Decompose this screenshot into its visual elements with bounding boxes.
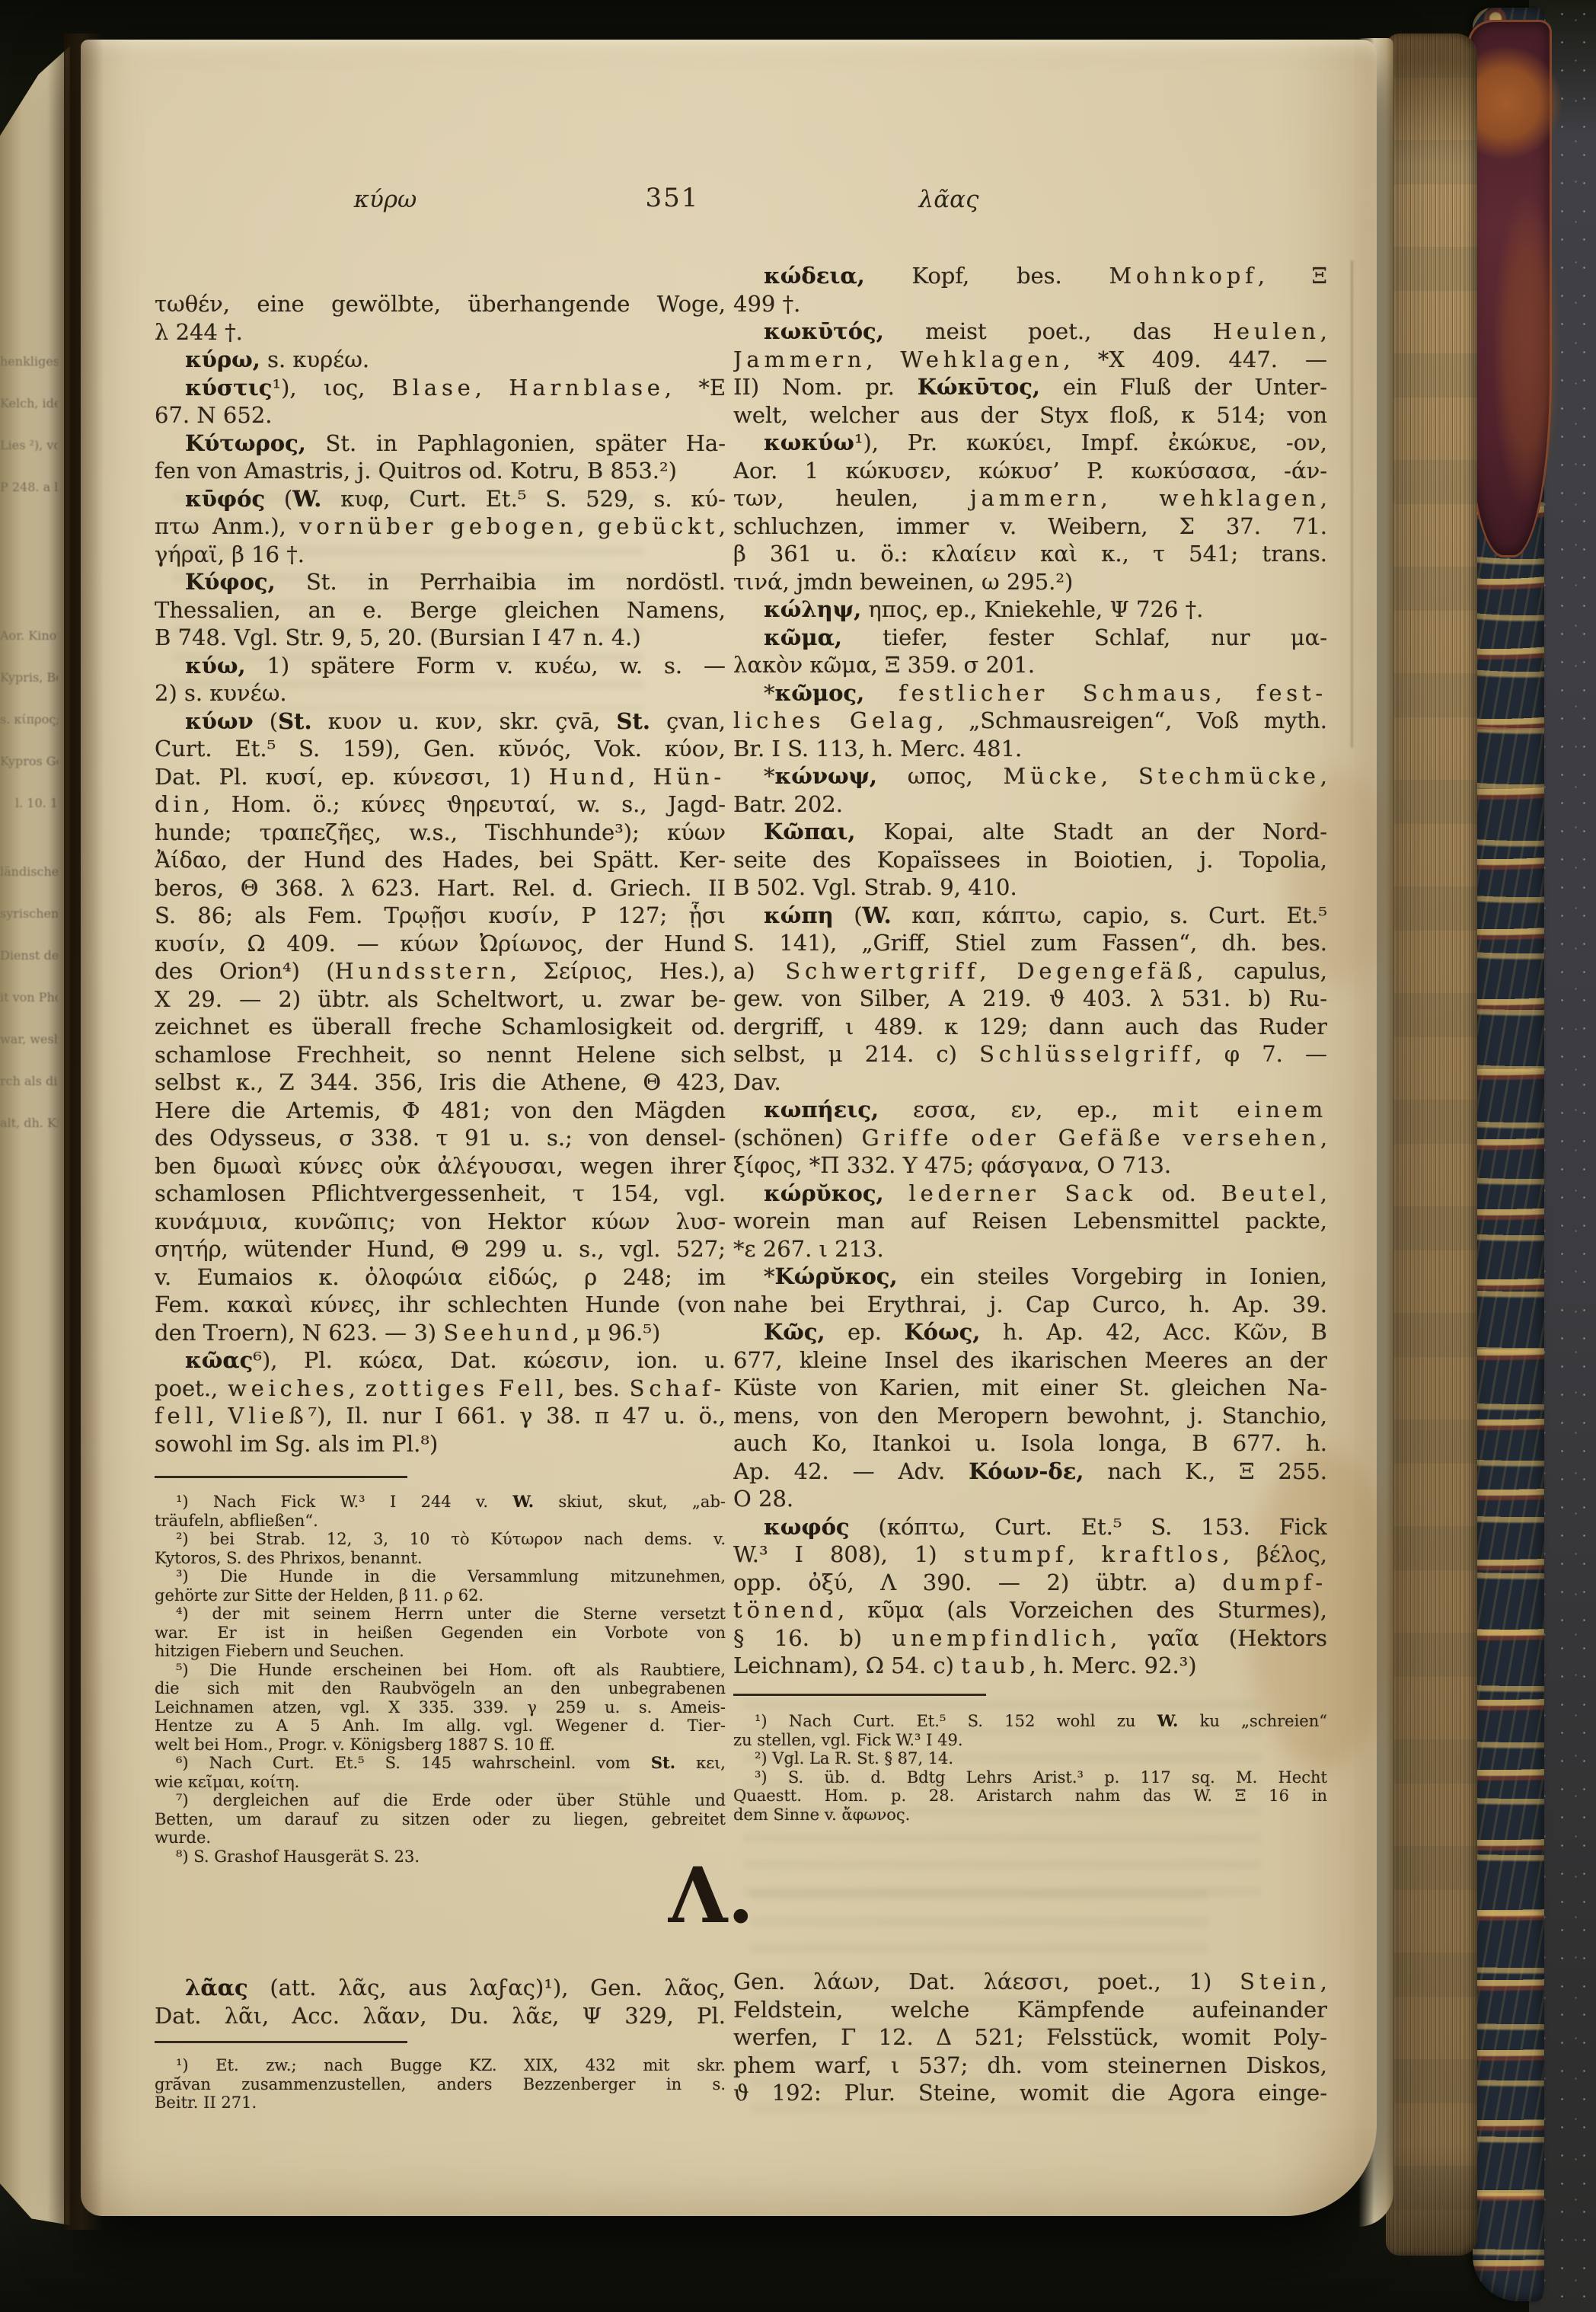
text-line: din, Hom. ö.; κύνες ϑηρευταί, w. s., Jag…	[155, 790, 726, 819]
worn-leather-patch	[1492, 190, 1561, 510]
text-line: des Odysseus, σ 338. τ 91 u. s.; von den…	[155, 1124, 726, 1152]
text-line: ben δμωαὶ κύνες οὐκ ἀλέγουσαι, wegen ihr…	[155, 1152, 726, 1180]
text-line: κυνάμυια, κυνῶπις; von Hektor κύων λυσ-	[155, 1208, 726, 1236]
text-line: Gen. λάων, Dat. λάεσσι, poet., 1) Stein,	[733, 1968, 1327, 1996]
page-crease	[1351, 260, 1353, 748]
text-line: welt, welcher aus der Styx floß, κ 514; …	[733, 401, 1327, 430]
text-line: λακὸν κῶμα, Ξ 359. σ 201.	[733, 651, 1327, 679]
text-line: worein man auf Reisen Lebensmittel packt…	[733, 1207, 1327, 1235]
text-line: τινά, jmdn beweinen, ω 295.²)	[733, 568, 1327, 596]
text-line: γήραϊ, β 16 †.	[155, 541, 726, 569]
text-line: § 16. b) unempfindlich, γαῖα (Hektors	[733, 1624, 1327, 1653]
text-line: den Troern), N 623. — 3) Seehund, μ 96.⁵…	[155, 1319, 726, 1347]
text-line: tönend, κῦμα (als Vorzeichen des Sturmes…	[733, 1596, 1327, 1624]
text-line: Br. I S. 113, h. Merc. 481.	[733, 735, 1327, 763]
text-line: dem Sinne v. ἄφωνος.	[733, 1806, 1327, 1825]
text-line: schluchzen, immer v. Weibern, Σ 37. 71.	[733, 513, 1327, 541]
text-line: Betten, um darauf zu sitzen oder zu lieg…	[155, 1810, 726, 1829]
text-line: nahe bei Erythrai, j. Cap Curco, h. Ap. …	[733, 1291, 1327, 1319]
text-line: gew. von Silber, A 219. ϑ 403. λ 531. b)…	[733, 985, 1327, 1013]
adjacent-page-text-fragment: s. κίπρος;	[0, 713, 58, 726]
text-line: zeichnet es überall freche Schamlosigkei…	[155, 1013, 726, 1041]
text-line: selbst, μ 214. c) Schlüsselgriff, φ 7. —	[733, 1040, 1327, 1068]
right-column-footnotes: ¹) Nach Curt. Et.⁵ S. 152 wohl zu W. ku …	[733, 1712, 1327, 1824]
running-head-left: κύρω	[302, 186, 469, 213]
text-line: Aor. 1 κώκυσεν, κώκυσ’ P. κωκύσασα, -άν-	[733, 457, 1327, 485]
text-line: des Orion⁴) (Hundsstern, Σείριος, Hes.),	[155, 957, 726, 985]
text-line: schamlose Frechheit, so nennt Helene sic…	[155, 1041, 726, 1069]
text-line: β 361 u. ö.: κλαίειν καὶ κ., τ 541; tran…	[733, 540, 1327, 568]
text-line: ³) S. üb. d. Bdtg Lehrs Arist.³ p. 117 s…	[733, 1768, 1327, 1787]
text-line: κώληψ, ηπος, ep., Kniekehle, Ψ 726 †.	[733, 596, 1327, 624]
text-line: ¹) Nach Curt. Et.⁵ S. 152 wohl zu W. ku …	[733, 1712, 1327, 1731]
text-line: O 28.	[733, 1485, 1327, 1513]
text-line: wurde.	[155, 1828, 726, 1847]
text-line: κώρῠκος, lederner Sack od. Beutel,	[733, 1180, 1327, 1208]
text-line: II) Nom. pr. Κώκῡτος, ein Fluß der Unter…	[733, 373, 1327, 401]
text-line: dergriff, ι 489. κ 129; dann auch das Ru…	[733, 1013, 1327, 1041]
adjacent-page-text-fragment: it von Phoinik	[0, 991, 58, 1004]
text-line: Curt. Et.⁵ S. 159), Gen. κῠνός, Vok. κύο…	[155, 735, 726, 763]
footnote-separator-rule	[155, 1476, 407, 1478]
text-line: opp. ὀξύ, Λ 390. — 2) übtr. a) dumpf-	[733, 1569, 1327, 1597]
running-head-right: λᾶας	[865, 186, 1033, 213]
text-line: hitzigen Fiebern und Seuchen.	[155, 1642, 726, 1661]
text-line: *ε 267. ι 213.	[733, 1235, 1327, 1263]
text-line: die sich mit den Raubvögeln an den unbeg…	[155, 1679, 726, 1698]
text-line: X 29. — 2) übtr. als Scheltwort, u. zwar…	[155, 985, 726, 1014]
text-line: κῶας⁶), Pl. κώεα, Dat. κώεσιν, ion. u.	[155, 1346, 726, 1375]
text-line: Feldstein, welche Kämpfende aufeinander	[733, 1996, 1327, 2024]
text-line: πτω Anm.), vornüber gebogen, gebückt,	[155, 513, 726, 541]
text-line: κωκύω¹), Pr. κωκύει, Impf. ἐκώκυε, -ον,	[733, 429, 1327, 457]
text-line: Fem. κακαὶ κύνες, ihr schlechten Hunde (…	[155, 1291, 726, 1319]
adjacent-page-text-fragment: henkliges Tril-	[0, 355, 58, 369]
text-line: 677, kleine Insel des ikarischen Meeres …	[733, 1346, 1327, 1375]
text-line: ¹) Nach Fick W.³ I 244 v. W. skiut, skut…	[155, 1493, 726, 1512]
text-line: gehörte zur Sitte der Helden, β 11. ρ 62…	[155, 1586, 726, 1605]
text-line: 2) s. κυνέω.	[155, 679, 726, 707]
text-line: Κῶπαι, Kopai, alte Stadt an der Nord-	[733, 818, 1327, 846]
text-line: a) Schwertgriff, Degengefäß, capulus,	[733, 957, 1327, 985]
right-column-main-text: κώδεια, Kopf, bes. Mohnkopf, Ξ499 †.κωκῡ…	[733, 262, 1327, 1680]
adjacent-page-text-fragment: war, weshalb	[0, 1033, 58, 1046]
text-line: ³) Die Hunde in die Versammlung mitzuneh…	[155, 1567, 726, 1586]
scanned-book-photo: henkliges Tril-Kelch, identislLies ²), v…	[0, 0, 1596, 2312]
text-line: seite des Kopaïssees in Boiotien, j. Top…	[733, 846, 1327, 874]
text-line: welt bei Hom., Progr. v. Königsberg 1887…	[155, 1736, 726, 1755]
adjacent-page-text-fragment: l. 10. 1	[0, 797, 58, 810]
text-line: σητήρ, wütender Hund, Θ 299 u. s., vgl. …	[155, 1235, 726, 1263]
left-column-footnotes: ¹) Nach Fick W.³ I 244 v. W. skiut, skut…	[155, 1493, 726, 1866]
footnote-separator-rule	[733, 1694, 986, 1696]
text-line: beros, Θ 368. λ 623. Hart. Rel. d. Griec…	[155, 874, 726, 902]
text-line: (schönen) Griffe oder Gefäße versehen,	[733, 1124, 1327, 1152]
text-line: mens, von den Meropern bewohnt, j. Stanc…	[733, 1402, 1327, 1430]
text-line: ξίφος, *Π 332. Y 475; φάσγανα, O 713.	[733, 1151, 1327, 1180]
text-line: ¹) Et. zw.; nach Bugge KZ. XIX, 432 mit …	[155, 2056, 726, 2075]
adjacent-page-text-fragment: alt, dh. Kino	[0, 1116, 58, 1130]
text-line: v. Eumaios κ. ὀλοφώια εἰδώς, ρ 248; im	[155, 1263, 726, 1292]
text-line: Dav.	[733, 1068, 1327, 1097]
text-line: λᾶας (att. λᾶς, aus λαϝας)¹), Gen. λᾶος,	[155, 1974, 726, 2002]
adjacent-page-text-fragment: Kypris, Bei	[0, 671, 58, 685]
adjacent-page-text-fragment: Aor. Kinot	[0, 629, 58, 643]
text-line: ⁸) S. Grashof Hausgerät S. 23.	[155, 1847, 726, 1867]
laas-entry-left: λᾶας (att. λᾶς, aus λαϝας)¹), Gen. λᾶος,…	[155, 1974, 726, 2029]
text-line: κωφός (κόπτω, Curt. Et.⁵ S. 153. Fick	[733, 1513, 1327, 1541]
text-line: Dat. λᾶι, Acc. λᾶαν, Du. λᾶε, Ψ 329, Pl.	[155, 2002, 726, 2030]
adjacent-page-text-fragment: rch als die eigen	[0, 1075, 58, 1088]
section-heading-lambda: Λ.	[666, 1854, 757, 1937]
text-line: Thessalien, an e. Berge gleichen Namens,	[155, 596, 726, 624]
text-line: phem warf, ι 537; dh. vom steinernen Dis…	[733, 2052, 1327, 2080]
text-line: κυσίν, Ω 409. — κύων Ὠρίωνος, der Hund	[155, 930, 726, 958]
adjacent-page-text-fragment: syrischen Küst	[0, 907, 58, 921]
dictionary-page: κύρω 351 λᾶας τωθέν, eine gewölbte, über…	[81, 40, 1377, 2216]
text-line: fen von Amastris, j. Quitros od. Kotru, …	[155, 457, 726, 485]
text-line: Leichnam), Ω 54. c) taub, h. Merc. 92.³)	[733, 1652, 1327, 1680]
text-line: Jammern, Wehklagen, *X 409. 447. —	[733, 346, 1327, 374]
text-line: Ἀίδαο, der Hund des Hades, bei Spätt. Ke…	[155, 846, 726, 874]
text-line: Ap. 42. — Adv. Κόων-δε, nach K., Ξ 255.	[733, 1458, 1327, 1486]
text-line: auch Ko, Itankoi u. Isola longa, B 677. …	[733, 1429, 1327, 1458]
text-line: κύω, 1) spätere Form v. κυέω, w. s. —	[155, 652, 726, 680]
text-line: ⁷) dergleichen auf die Erde oder über St…	[155, 1791, 726, 1810]
text-line: ²) Vgl. La R. St. § 87, 14.	[733, 1749, 1327, 1768]
text-line: ⁵) Die Hunde erscheinen bei Hom. oft als…	[155, 1661, 726, 1680]
text-line: Batr. 202.	[733, 790, 1327, 819]
text-line: fell, Vließ⁷), Il. nur I 661. γ 38. π 47…	[155, 1402, 726, 1430]
text-line: 67. N 652.	[155, 401, 726, 430]
text-line: Küste von Karien, mit einer St. gleichen…	[733, 1374, 1327, 1402]
text-line: werfen, Γ 12. Δ 521; Felsstück, womit Po…	[733, 2023, 1327, 2052]
text-line: κωκῡτός, meist poet., das Heulen,	[733, 318, 1327, 346]
adjacent-page-text-fragment: P 248. a l.	[0, 481, 58, 494]
adjacent-page-text-fragment: Kelch, identisl	[0, 397, 58, 410]
page-number: 351	[589, 183, 756, 213]
previous-page-sliver: henkliges Tril-Kelch, identislLies ²), v…	[0, 35, 70, 2225]
text-line: wie κεῖμαι, κοίτη.	[155, 1773, 726, 1792]
text-line: Κύτωρος, St. in Paphlagonien, später Ha-	[155, 430, 726, 458]
text-line: zu stellen, vgl. Fick W.³ I 49.	[733, 1731, 1327, 1750]
left-column-main-text: τωθέν, eine gewölbte, überhangende Woge,…	[155, 290, 726, 1458]
text-line: Κύφος, St. in Perrhaibia im nordöstl.	[155, 568, 726, 596]
text-line: sowohl im Sg. als im Pl.⁸)	[155, 1430, 726, 1458]
text-line: grā́van zusammenzustellen, anders Bezzen…	[155, 2075, 726, 2094]
text-line: κύρω, s. κυρέω.	[155, 346, 726, 374]
text-line: Hentze zu A 5 Anh. Im allg. vgl. Wegener…	[155, 1716, 726, 1736]
text-line: τωθέν, eine gewölbte, überhangende Woge,	[155, 290, 726, 318]
text-line: poet., weiches, zottiges Fell, bes. Scha…	[155, 1375, 726, 1403]
text-line: S. 141), „Griff, Stiel zum Fassen“, dh. …	[733, 929, 1327, 957]
text-line: κύων (St. κυον u. κυν, skr. çvā, St. çva…	[155, 707, 726, 736]
text-line: 499 †.	[733, 290, 1327, 318]
text-line: Kytoros, S. des Phrixos, benannt.	[155, 1549, 726, 1568]
text-line: träufeln, abfließen“.	[155, 1512, 726, 1531]
text-line: Here die Artemis, Φ 481; von den Mägden	[155, 1097, 726, 1125]
laas-entry-continuation: Gen. λάων, Dat. λάεσσι, poet., 1) Stein,…	[733, 1968, 1327, 2107]
text-line: hunde; τραπεζῆες, w.s., Tischhunde³); κύ…	[155, 819, 726, 847]
text-line: Quaestt. Hom. p. 28. Aristarch nahm das …	[733, 1787, 1327, 1806]
text-line: Beitr. II 271.	[155, 2093, 726, 2112]
text-line: liches Gelag, „Schmausreigen“, Voß myth.	[733, 707, 1327, 735]
text-line: λ 244 †.	[155, 318, 726, 346]
text-line: ϑ 192: Plur. Steine, womit die Agora ein…	[733, 2079, 1327, 2107]
adjacent-page-text-fragment: Lies ²), von K	[0, 439, 58, 452]
text-line: ⁶) Nach Curt. Et.⁵ S. 145 wahrscheinl. v…	[155, 1754, 726, 1773]
text-line: S. 86; als Fem. Τρῳῇσι κυσίν, P 127; ᾗσι	[155, 902, 726, 930]
text-line: Κῶς, ep. Κόως, h. Ap. 42, Acc. Κῶν, B	[733, 1318, 1327, 1346]
text-line: Dat. Pl. κυσί, ep. κύνεσσι, 1) Hund, Hün…	[155, 763, 726, 791]
text-line: κώπη (W. καπ, κάπτω, capio, s. Curt. Et.…	[733, 902, 1327, 930]
text-line: ²) bei Strab. 12, 3, 10 τὸ Κύτωρον nach …	[155, 1530, 726, 1549]
book-fore-edge-pages	[1386, 34, 1477, 2256]
adjacent-page-text-fragment: ländischen Me-	[0, 865, 58, 879]
text-line: των, heulen, jammern, wehklagen,	[733, 484, 1327, 513]
adjacent-page-text-fragment: Dienst der Aphr	[0, 949, 58, 963]
text-line: *Κώρῠκος, ein steiles Vorgebirg in Ionie…	[733, 1263, 1327, 1291]
laas-footnote: ¹) Et. zw.; nach Bugge KZ. XIX, 432 mit …	[155, 2056, 726, 2112]
text-line: Leichnamen atzen, vgl. X 335. 339. γ 259…	[155, 1698, 726, 1717]
text-line: κῡφός (W. κυφ, Curt. Et.⁵ S. 529, s. κύ-	[155, 485, 726, 513]
text-line: κώδεια, Kopf, bes. Mohnkopf, Ξ	[733, 262, 1327, 290]
text-line: κύστις¹), ιος, Blase, Harnblase, *E	[155, 374, 726, 402]
footnote-separator-rule	[155, 2041, 407, 2043]
text-line: B 502. Vgl. Strab. 9, 410.	[733, 873, 1327, 902]
text-line: *κώνωψ, ωπος, Mücke, Stechmücke,	[733, 762, 1327, 790]
text-line: *κῶμος, festlicher Schmaus, fest-	[733, 679, 1327, 707]
text-line: κωπήεις, εσσα, εν, ep., mit einem	[733, 1096, 1327, 1124]
text-line: schamlosen Pflichtvergessenheit, τ 154, …	[155, 1180, 726, 1208]
text-line: W.³ I 808), 1) stumpf, kraftlos, βέλος,	[733, 1541, 1327, 1569]
text-line: selbst κ., Z 344. 356, Iris die Athene, …	[155, 1068, 726, 1097]
text-line: κῶμα, tiefer, fester Schlaf, nur μα-	[733, 624, 1327, 652]
adjacent-page-text-fragment: Kypros Geb.	[0, 755, 58, 768]
text-line: ⁴) der mit seinem Herrn unter die Sterne…	[155, 1605, 726, 1624]
text-line: war. Er ist in heißen Gegenden ein Vorbo…	[155, 1624, 726, 1643]
text-line: B 748. Vgl. Str. 9, 5, 20. (Bursian I 47…	[155, 624, 726, 652]
